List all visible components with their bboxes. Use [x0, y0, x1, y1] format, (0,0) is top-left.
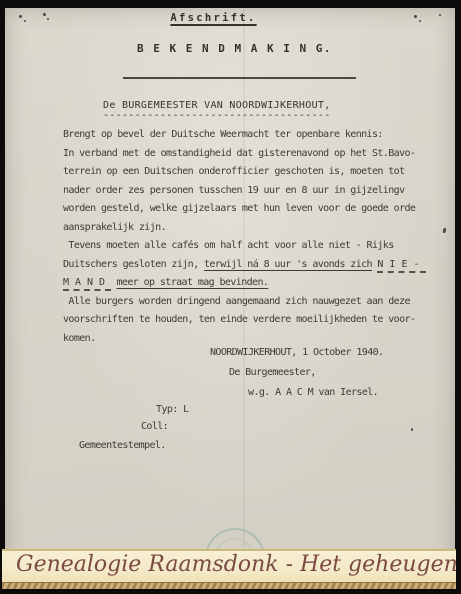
body-paragraphs: Brengt op bevel der Duitsche Weermacht t… — [63, 126, 429, 348]
body-line-segment: Alle burgers worden dringend aangemaand … — [63, 296, 410, 307]
body-line-segment: nader order zes personen tusschen 19 uur… — [63, 185, 405, 196]
ink-speck — [47, 18, 49, 20]
ink-speck — [419, 20, 421, 22]
document-heading: B E K E N D M A K I N G. — [7, 42, 461, 55]
ink-speck — [414, 15, 417, 18]
body-line-segment: voorschriften te houden, ten einde verde… — [63, 314, 415, 325]
heading-rule — [123, 77, 356, 79]
ink-speck — [43, 13, 46, 16]
body-line: terrein op een Duitschen onderofficier g… — [63, 163, 429, 182]
body-line: nader order zes personen tusschen 19 uur… — [63, 182, 429, 201]
collation-line: Coll: — [141, 421, 168, 432]
ink-speck — [439, 14, 441, 16]
stamp-note-line: Gemeentestempel. — [79, 440, 166, 451]
banner-rope-border-icon — [2, 582, 456, 589]
ink-speck — [411, 428, 413, 431]
body-line-segment: MAND — [63, 277, 111, 291]
body-line-segment: NIE- — [377, 259, 425, 273]
date-line: NOORDWIJKERHOUT, 1 October 1940. — [210, 347, 383, 358]
copy-label: Afschrift. — [0, 12, 441, 24]
body-line: Duitschers gesloten zijn, terwijl ná 8 u… — [63, 256, 429, 275]
ink-speck — [24, 20, 26, 22]
body-line: Brengt op bevel der Duitsche Weermacht t… — [63, 126, 429, 145]
body-line-segment: komen. — [63, 333, 96, 344]
body-line: aansprakelijk zijn. — [63, 219, 429, 238]
body-line-segment: In verband met de omstandigheid dat gist… — [63, 148, 415, 159]
body-line-segment: Duitschers gesloten zijn, — [63, 259, 204, 270]
watermark-banner: Genealogie Raamsdonk - Het geheugen van … — [2, 549, 456, 589]
body-line: voorschriften te houden, ten einde verde… — [63, 311, 429, 330]
signature-line: w.g. A A C M van Iersel. — [248, 387, 378, 398]
typist-line: Typ: L — [156, 404, 189, 415]
photo-background: Afschrift. B E K E N D M A K I N G. De B… — [0, 0, 461, 594]
body-line-segment: Tevens moeten alle cafés om half acht vo… — [63, 240, 394, 251]
body-line-segment: meer op straat mag bevinden. — [117, 277, 269, 288]
body-line-segment: terrein op een Duitschen onderofficier g… — [63, 166, 405, 177]
addressee-underline: ------------------------------------ — [103, 110, 331, 121]
body-line: In verband met de omstandigheid dat gist… — [63, 145, 429, 164]
watermark-text: Genealogie Raamsdonk - Het geheugen van … — [16, 552, 456, 577]
body-line-segment: Brengt op bevel der Duitsche Weermacht t… — [63, 129, 383, 140]
body-line: worden gesteld, welke gijzelaars met hun… — [63, 200, 429, 219]
body-line-segment: terwijl ná 8 uur 's avonds zich — [204, 259, 372, 270]
body-line: Alle burgers worden dringend aangemaand … — [63, 293, 429, 312]
ink-speck — [19, 15, 22, 18]
body-line: komen. — [63, 330, 429, 349]
body-line-segment: worden gesteld, welke gijzelaars met hun… — [63, 203, 415, 214]
body-line: MAND meer op straat mag bevinden. — [63, 274, 429, 293]
signoff-line: De Burgemeester, — [229, 367, 316, 378]
body-line-segment: aansprakelijk zijn. — [63, 222, 166, 233]
body-line: Tevens moeten alle cafés om half acht vo… — [63, 237, 429, 256]
